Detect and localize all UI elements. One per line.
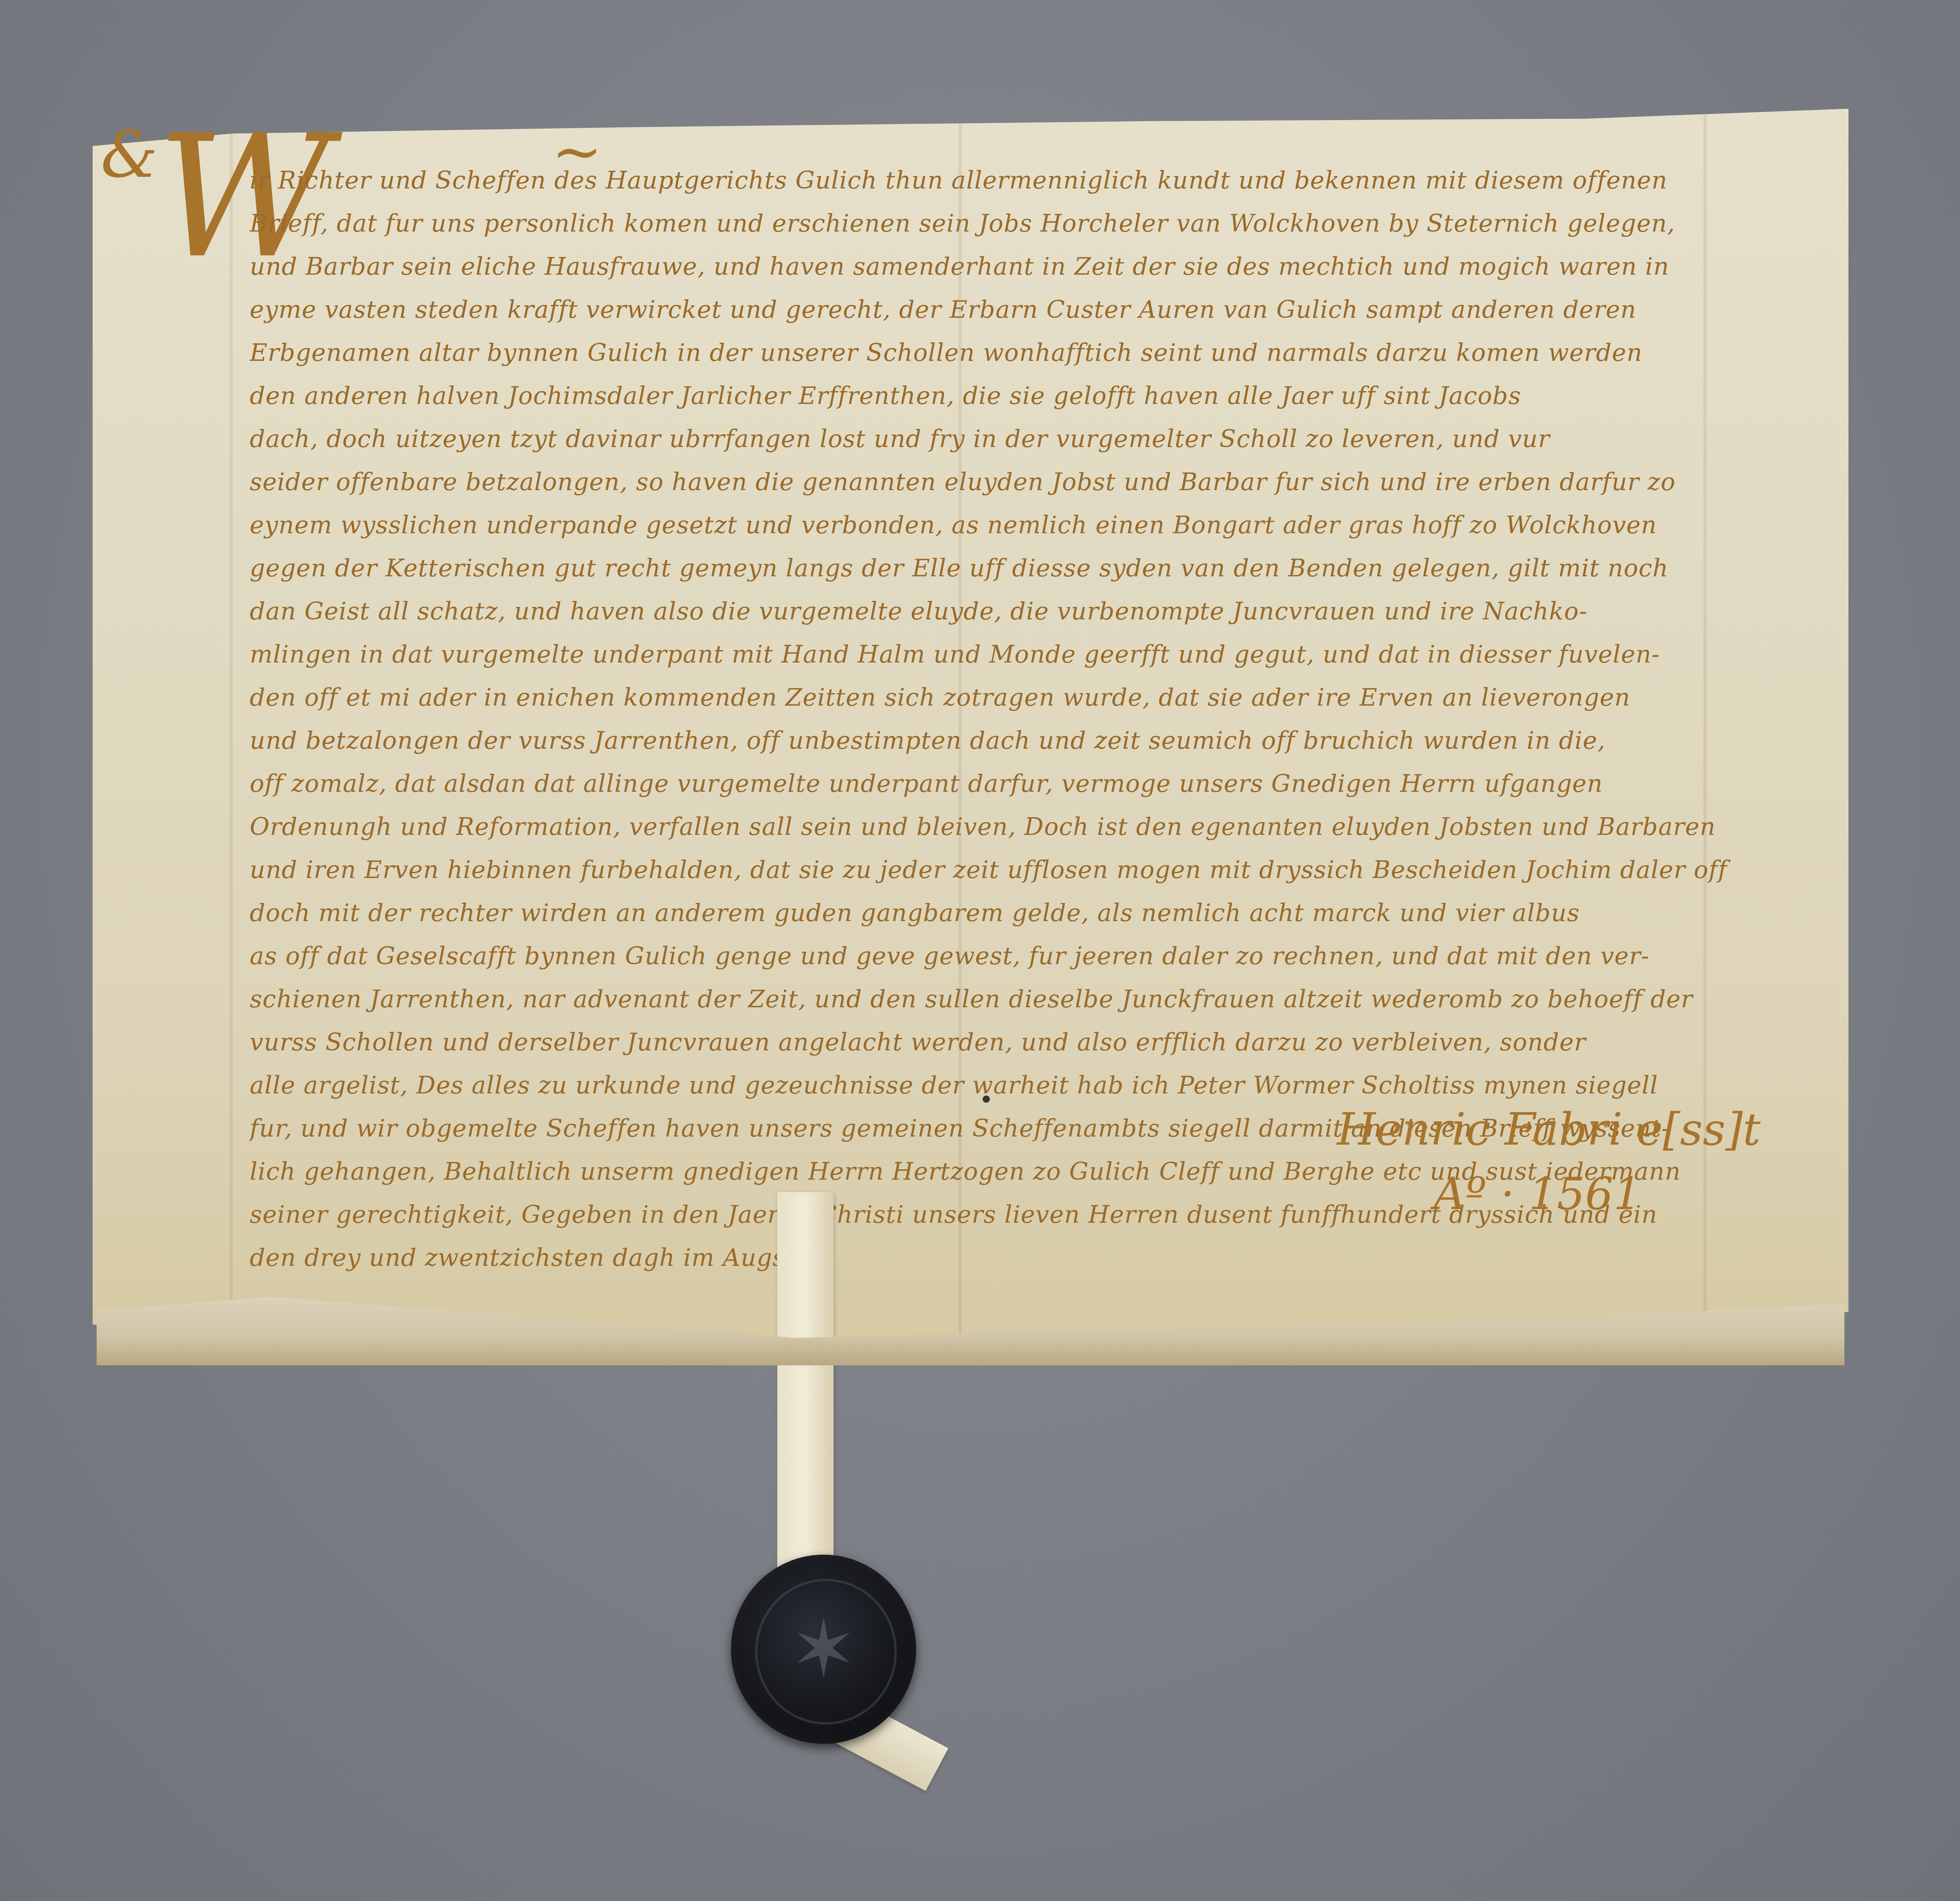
wax-seal: ✶: [731, 1555, 916, 1744]
text-line: dan Geist all schatz, und haven also die…: [250, 590, 1820, 633]
text-line: vurss Schollen und derselber Juncvrauen …: [250, 1021, 1820, 1064]
text-line: gegen der Ketterischen gut recht gemeyn …: [250, 547, 1820, 590]
text-line: alle argelist, Des alles zu urkunde und …: [250, 1064, 1820, 1107]
text-line: eynem wysslichen underpande gesetzt und …: [250, 504, 1820, 547]
text-line: schienen Jarrenthen, nar advenant der Ze…: [250, 978, 1820, 1021]
text-line: seider offenbare betzalongen, so haven d…: [250, 461, 1820, 504]
notary-signature: Henric Fabri e[ss]t: [1337, 1104, 1761, 1155]
ink-blot: [983, 1095, 990, 1103]
text-line: mlingen in dat vurgemelte underpant mit …: [250, 633, 1820, 676]
text-line: den anderen halven Jochimsdaler Jarliche…: [250, 375, 1820, 418]
text-line: den off et mi ader in enichen kommenden …: [250, 676, 1820, 719]
text-line: doch mit der rechter wirden an anderem g…: [250, 892, 1820, 935]
text-line: und Barbar sein eliche Hausfrauwe, und h…: [250, 245, 1820, 288]
seal-tag: [777, 1192, 834, 1595]
seal-emblem-icon: ✶: [731, 1555, 916, 1744]
text-line: Erbgenamen altar bynnen Gulich in der un…: [250, 331, 1820, 375]
text-line: dach, doch uitzeyen tzyt davinar ubrrfan…: [250, 418, 1820, 461]
text-line: Ordenungh und Reformation, verfallen sal…: [250, 806, 1820, 849]
text-line: as off dat Geselscafft bynnen Gulich gen…: [250, 935, 1820, 978]
text-line: ir Richter und Scheffen des Hauptgericht…: [250, 159, 1820, 202]
text-line: und betzalongen der vurss Jarrenthen, of…: [250, 719, 1820, 762]
text-line: eyme vasten steden krafft verwircket und…: [250, 288, 1820, 331]
text-line: und iren Erven hiebinnen furbehalden, da…: [250, 849, 1820, 892]
text-line: off zomalz, dat alsdan dat allinge vurge…: [250, 762, 1820, 806]
initial-mark: &: [101, 117, 158, 192]
text-line: Brieff, dat fur uns personlich komen und…: [250, 202, 1820, 245]
text-line: den drey und zwentzichsten dagh im Augst…: [250, 1236, 1820, 1280]
date-annotation: Aº · 1561: [1434, 1168, 1641, 1220]
